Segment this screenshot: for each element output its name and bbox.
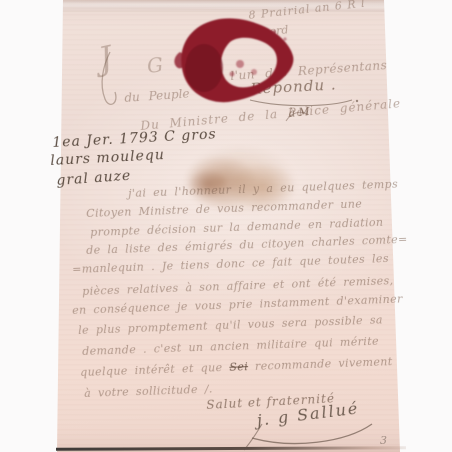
signature-underline-swash	[252, 424, 372, 443]
repondu-underline-flourish	[250, 100, 352, 106]
large-j-flourish	[102, 52, 116, 104]
pen-flourishes	[0, 0, 452, 452]
letter-photograph: 8 Prairial an 6 R l pord J G l'un des Re…	[0, 0, 452, 452]
repondu-dot	[356, 100, 358, 102]
side-note-flourish	[286, 112, 307, 121]
